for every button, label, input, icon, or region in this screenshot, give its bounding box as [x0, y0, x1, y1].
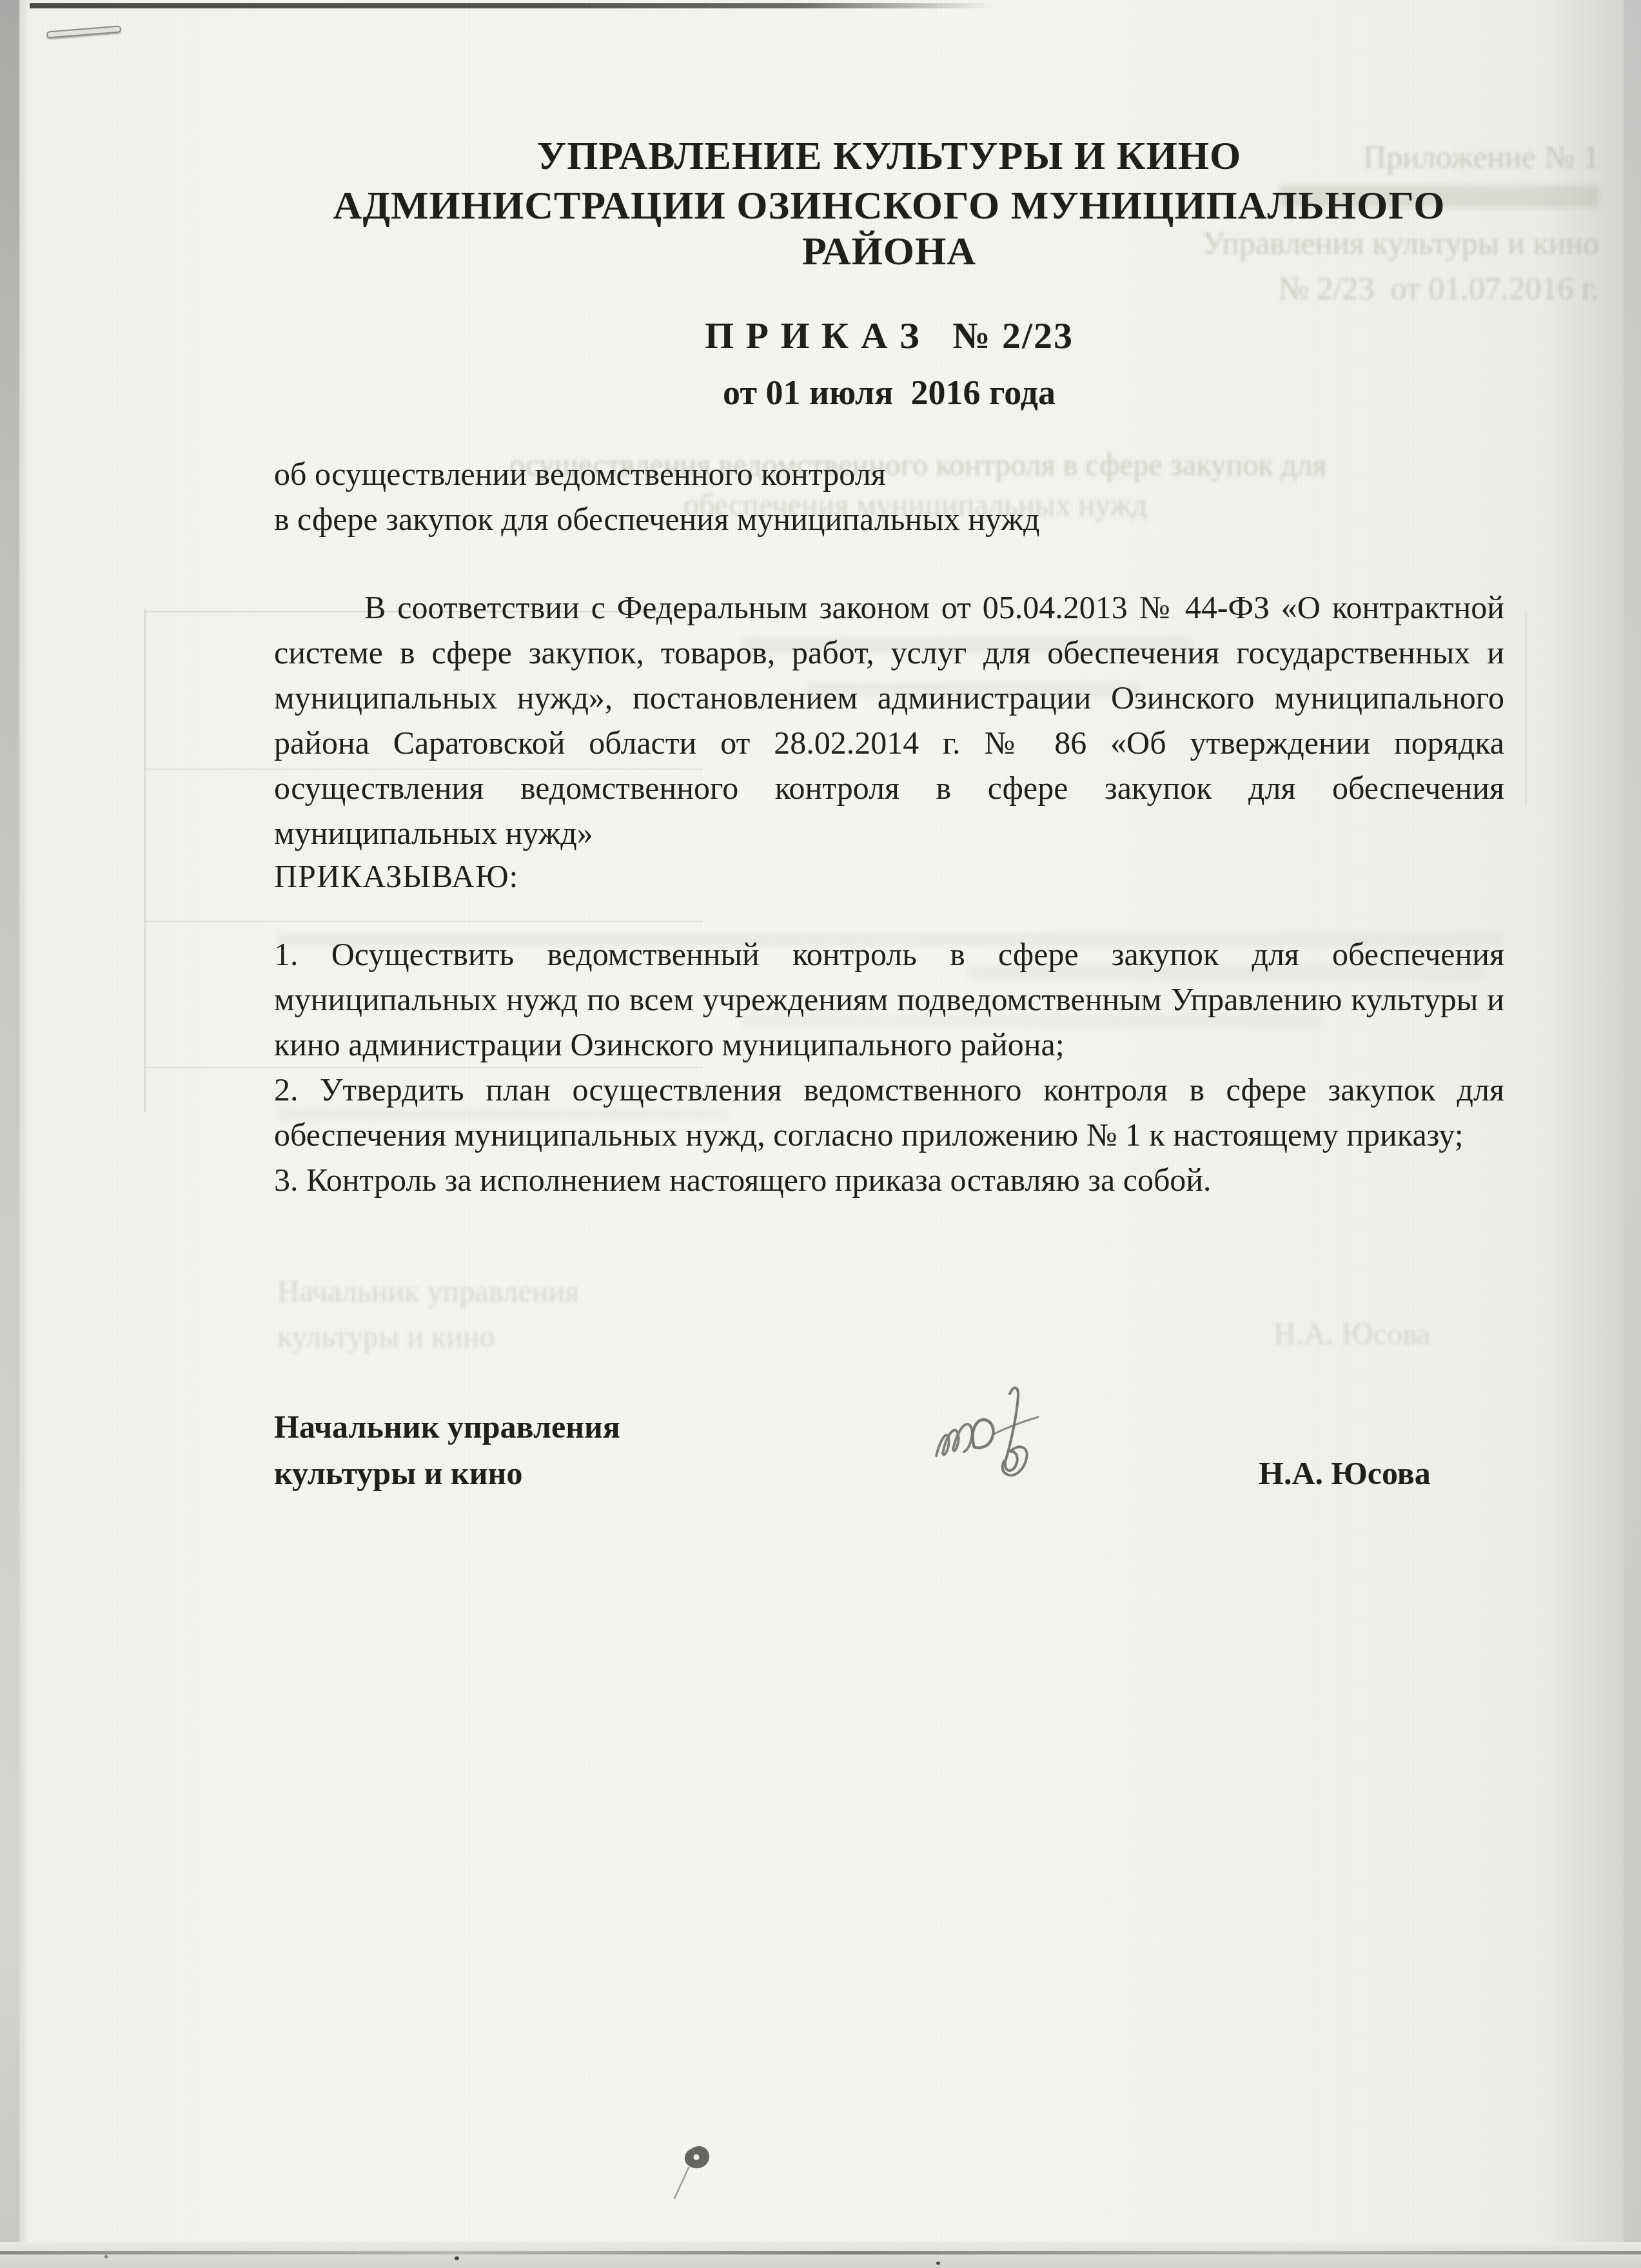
intro-paragraph: В соответствии с Федеральным законом от …	[274, 585, 1504, 855]
ink-blot	[671, 2144, 716, 2202]
order-item-1: 1. Осуществить ведомственный контроль в …	[274, 932, 1504, 1067]
signatory-title-line1: Начальник управления	[274, 1411, 620, 1443]
ghost-table-horizontal-line	[144, 921, 703, 922]
scan-right-band	[1624, 0, 1641, 2268]
scan-speck	[936, 2262, 940, 2265]
ghost-signature-title-line2: культуры и кино	[277, 1322, 495, 1353]
decree-word: ПРИКАЗЫВАЮ:	[274, 857, 1504, 895]
subject-line1: об осуществлении ведомственного контроля	[274, 451, 1504, 496]
order-subject: об осуществлении ведомственного контроля…	[274, 451, 1504, 542]
ghost-signature-name: Н.А. Юсова	[1273, 1319, 1430, 1350]
org-name-line2: АДМИНИСТРАЦИИ ОЗИНСКОГО МУНИЦИПАЛЬНОГО Р…	[274, 183, 1504, 275]
scan-top-edge	[17, 3, 994, 8]
page-curl-shadow	[1540, 0, 1624, 2268]
org-name-line1: УПРАВЛЕНИЕ КУЛЬТУРЫ И КИНО	[274, 133, 1504, 179]
signatory-title-line2: культуры и кино	[274, 1457, 522, 1489]
handwritten-signature	[927, 1380, 1050, 1486]
scan-bottom-band	[0, 2242, 1641, 2268]
order-items: 1. Осуществить ведомственный контроль в …	[274, 932, 1504, 1202]
scan-speck	[455, 2256, 459, 2260]
ghost-signature-title-line1: Начальник управления	[277, 1276, 579, 1307]
signatory-name: Н.А. Юсова	[1259, 1457, 1431, 1489]
order-title: П Р И К А З № 2/23	[274, 314, 1504, 357]
scan-bottom-line	[0, 2251, 1641, 2254]
ink-blot-shape	[671, 2144, 716, 2202]
page-left-edge	[19, 0, 30, 2268]
staple-mark	[46, 25, 122, 38]
order-item-2: 2. Утвердить план осуществления ведомств…	[274, 1067, 1504, 1157]
ghost-table-vertical-line	[1526, 612, 1527, 806]
ghost-table-vertical-line	[144, 609, 146, 1112]
subject-line2: в сфере закупок для обеспечения муниципа…	[274, 496, 1504, 542]
order-date: от 01 июля 2016 года	[274, 373, 1504, 413]
scanned-order-page: Приложение № 1 Управления культуры и кин…	[0, 0, 1641, 2268]
order-item-3: 3. Контроль за исполнением настоящего пр…	[274, 1157, 1504, 1202]
signature-squiggle	[927, 1380, 1050, 1486]
scan-speck	[104, 2255, 108, 2258]
scan-left-band	[0, 0, 19, 2268]
